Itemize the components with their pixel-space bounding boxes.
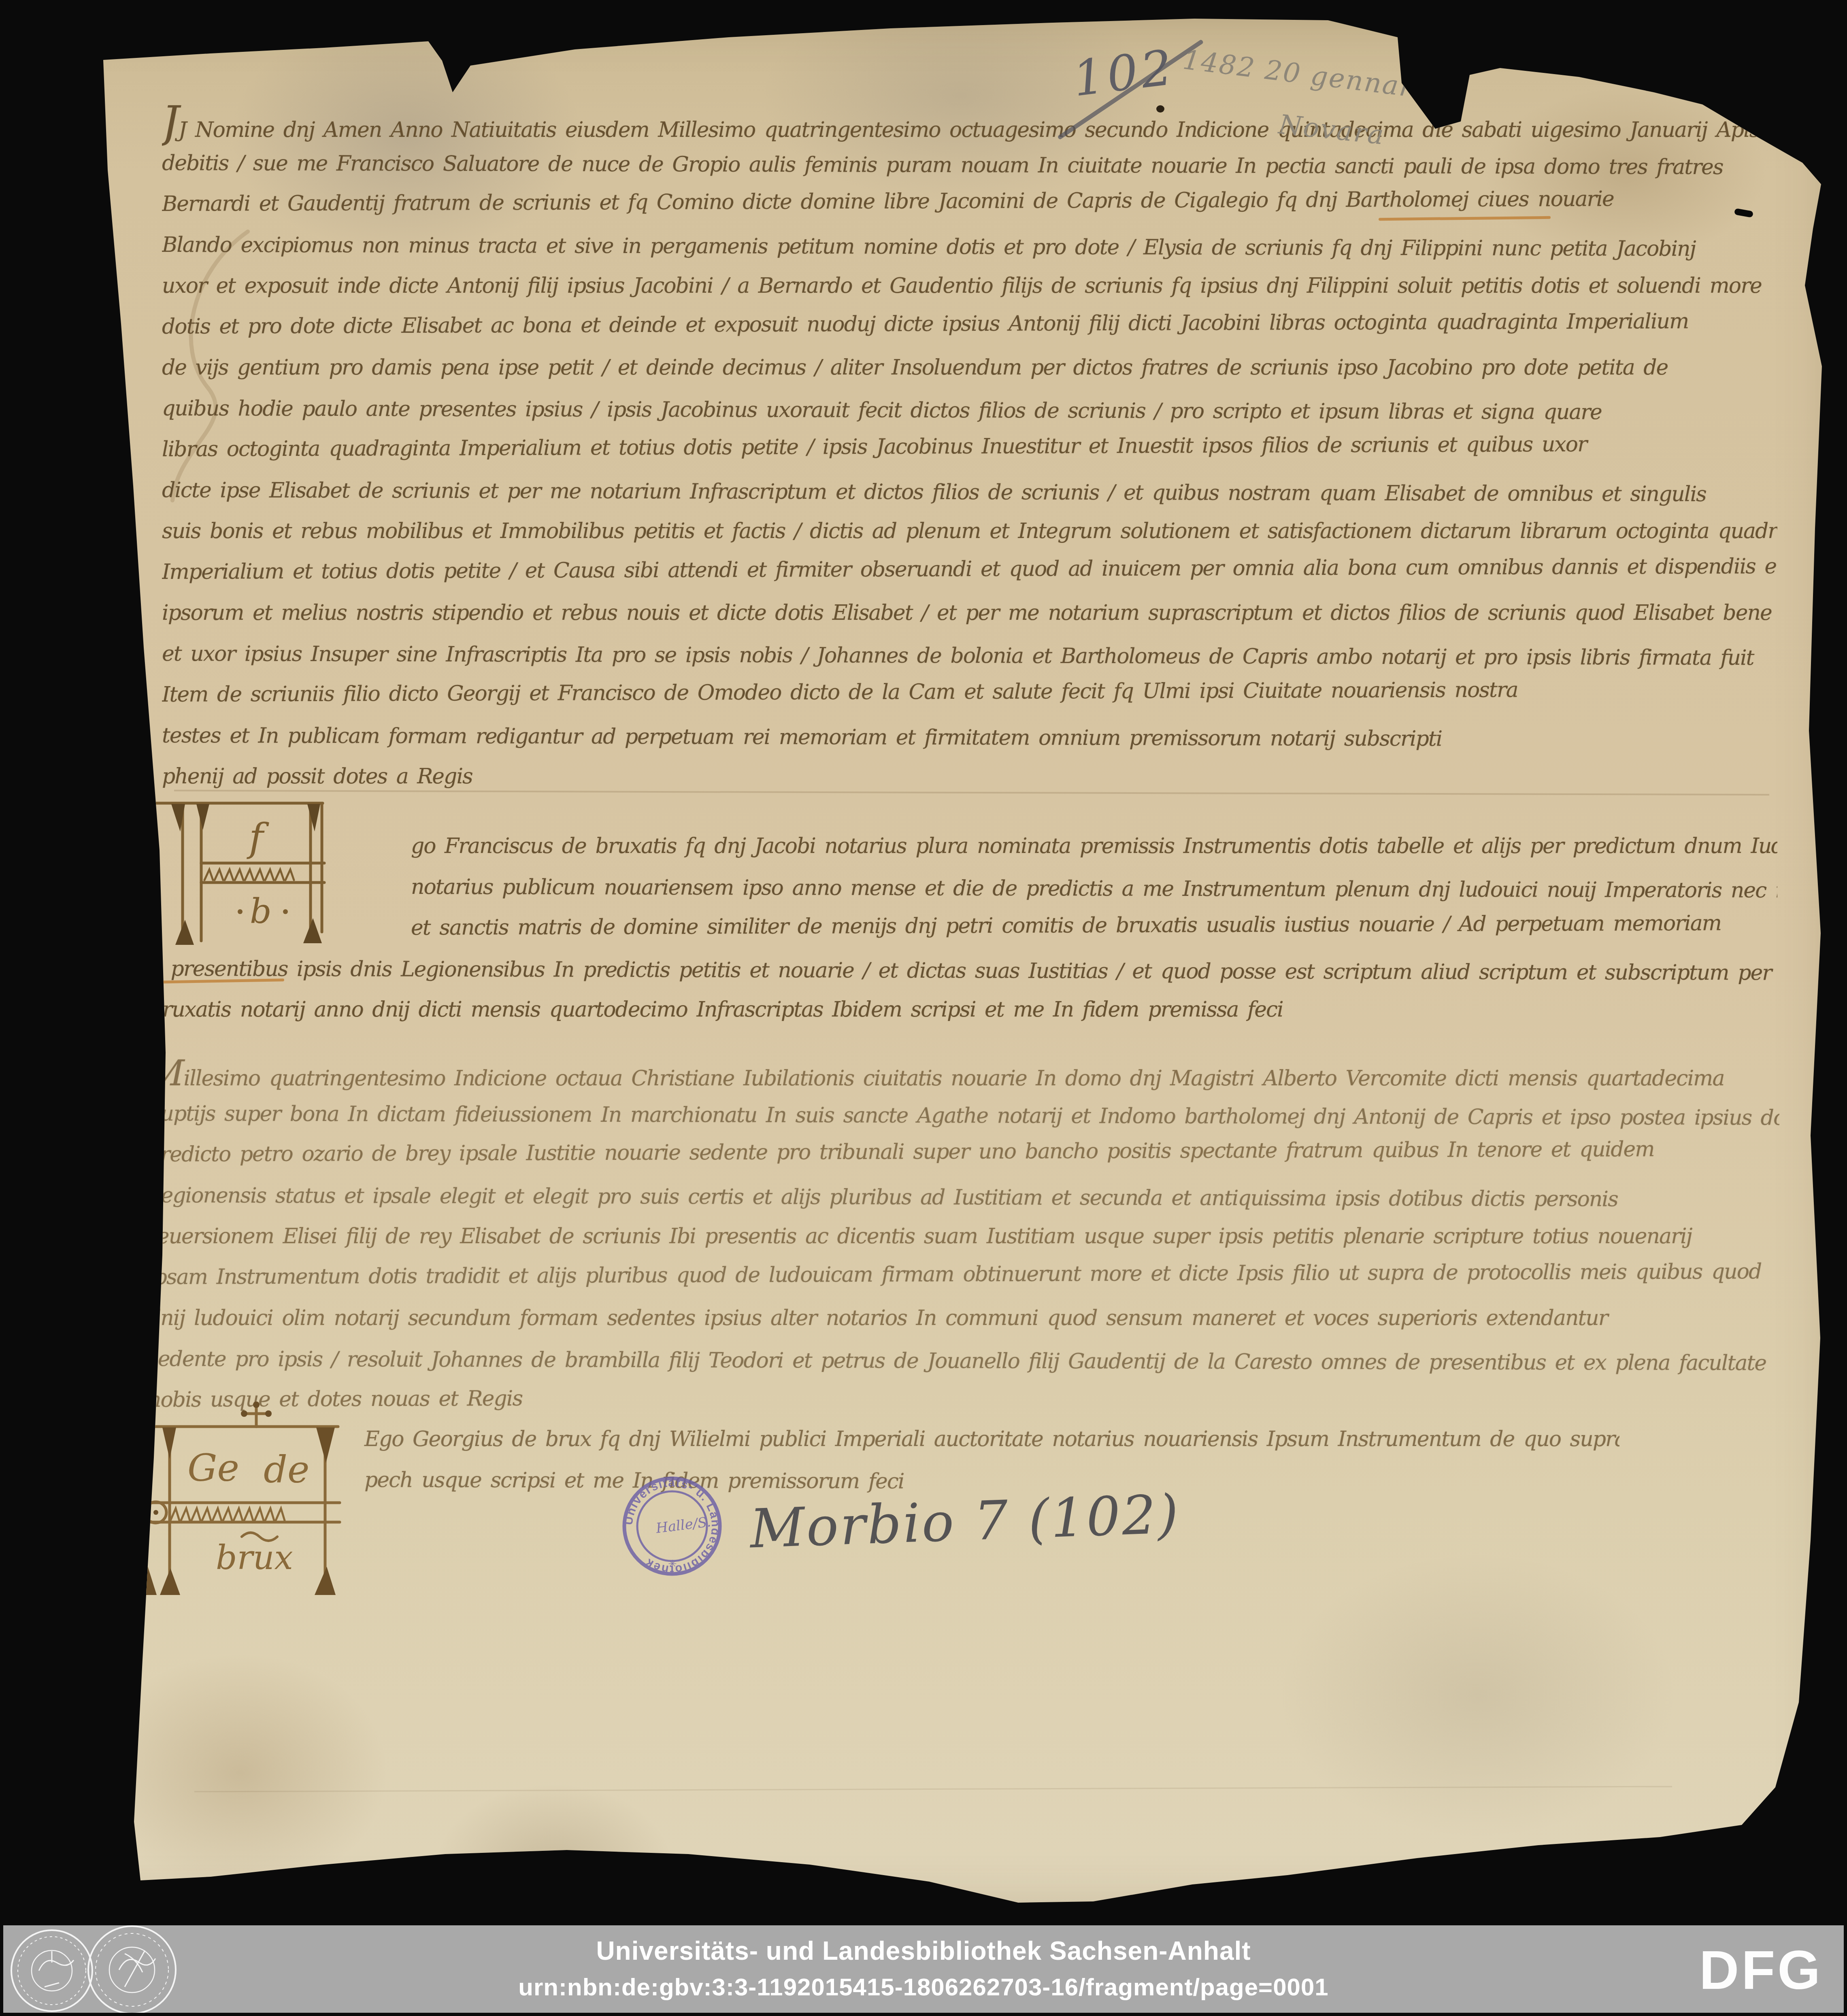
manuscript-line: dicte ipse Elisabet de scriunis et per m… [162, 470, 1777, 515]
manuscript-line: dotis et pro dote dicte Elisabet ac bona… [162, 301, 1777, 347]
folio-number-annotation: 102 [1070, 39, 1178, 108]
manuscript-line: Imperialium et totius dotis petite / et … [162, 546, 1777, 593]
parchment-crease [194, 1786, 1672, 1793]
notary-mark-2-label-left: Ge [187, 1446, 239, 1490]
manuscript-line: predicto petro ozario de brey ipsale Ius… [148, 1129, 1779, 1175]
manuscript-line: bruxatis notarij anno dnij dicti mensis … [150, 989, 1777, 1030]
manuscript-line: testes et In publicam formam redigantur … [162, 715, 1777, 760]
manuscript-line: de vijs gentium pro damis pena ipse peti… [162, 347, 1777, 388]
manuscript-line: JJ Nomine dnj Amen Anno Natiuitatis eius… [162, 102, 1777, 143]
scan-canvas: JJ Nomine dnj Amen Anno Natiuitatis eius… [0, 0, 1847, 2016]
manuscript-block-1: JJ Nomine dnj Amen Anno Natiuitatis eius… [162, 102, 1777, 798]
notary-mark-2-label-right: de [264, 1448, 309, 1491]
manuscript-line: Blando excipiomus non minus tracta et si… [162, 225, 1777, 270]
manuscript-block-2: go Franciscus de bruxatis fq dnj Jacobi … [150, 826, 1777, 1036]
notary-mark-2: Ge de brux [119, 1401, 342, 1596]
manuscript-line: ipsam Instrumentum dotis tradidit et ali… [148, 1251, 1779, 1298]
manuscript-line: Ego Georgius de brux fq dnj Wilielmi pub… [364, 1419, 1619, 1460]
parchment-hole [70, 1758, 77, 1765]
notary-mark-1-letter-bottom: b [250, 891, 272, 931]
footer-library-name: Universitäts- und Landesbibliothek Sachs… [3, 1936, 1844, 1966]
manuscript-line: Millesimo quatringentesimo Indicione oct… [148, 1053, 1779, 1093]
notary-mark-2-label-bottom: brux [216, 1539, 293, 1577]
manuscript-block-4: Ego Georgius de brux fq dnj Wilielmi pub… [121, 1419, 1619, 1506]
manuscript-line: ipsorum et melius nostris stipendio et r… [162, 593, 1777, 634]
manuscript-block-3: Millesimo quatringentesimo Indicione oct… [148, 1053, 1779, 1425]
date-annotation-line1: 1482 20 gennaro [1181, 44, 1433, 105]
manuscript-line: Item de scriuniis filio dicto Georgij et… [162, 669, 1777, 715]
stamp-bottom-symbol: ✳ [668, 1558, 677, 1570]
notary-mark-1: f b [148, 794, 326, 948]
stamp-center-text: Halle/S. [655, 1514, 712, 1536]
manuscript-line: a presentibus ipsis dnis Legionensibus I… [150, 948, 1777, 994]
manuscript-line: nobis usque et dotes nouas et Regis [148, 1374, 1779, 1421]
parchment-hole [1156, 105, 1164, 113]
manuscript-line: phenij ad possit dotes a Regis [162, 756, 1777, 797]
notary-mark-1-letter-top: f [247, 815, 269, 860]
manuscript-line: reuersionem Elisei filij de rey Elisabet… [148, 1216, 1779, 1257]
manuscript-line: Legionensis status et ipsale elegit et e… [148, 1175, 1779, 1221]
manuscript-line: et sanctis matris de domine similiter de… [411, 903, 1777, 948]
manuscript-line: uxor et exposuit inde dicte Antonij fili… [162, 266, 1777, 306]
manuscript-line: libras octoginta quadraginta Imperialium… [162, 423, 1777, 470]
manuscript-line: go Franciscus de bruxatis fq dnj Jacobi … [411, 826, 1777, 867]
manuscript-line: suis bonis et rebus mobilibus et Immobil… [162, 511, 1777, 552]
dfg-logo: DFG [1699, 1938, 1823, 2001]
manuscript-line: dnij ludouici olim notarij secundum form… [148, 1298, 1779, 1339]
footer-urn: urn:nbn:de:gbv:3:3-1192015415-1806262703… [3, 1973, 1844, 2001]
parchment-document: JJ Nomine dnj Amen Anno Natiuitatis eius… [0, 0, 1847, 1927]
footer-bar: Universitäts- und Landesbibliothek Sachs… [3, 1925, 1844, 2013]
library-stamp: Universitäts- u. Landesbibliothek Halle/… [619, 1474, 725, 1579]
